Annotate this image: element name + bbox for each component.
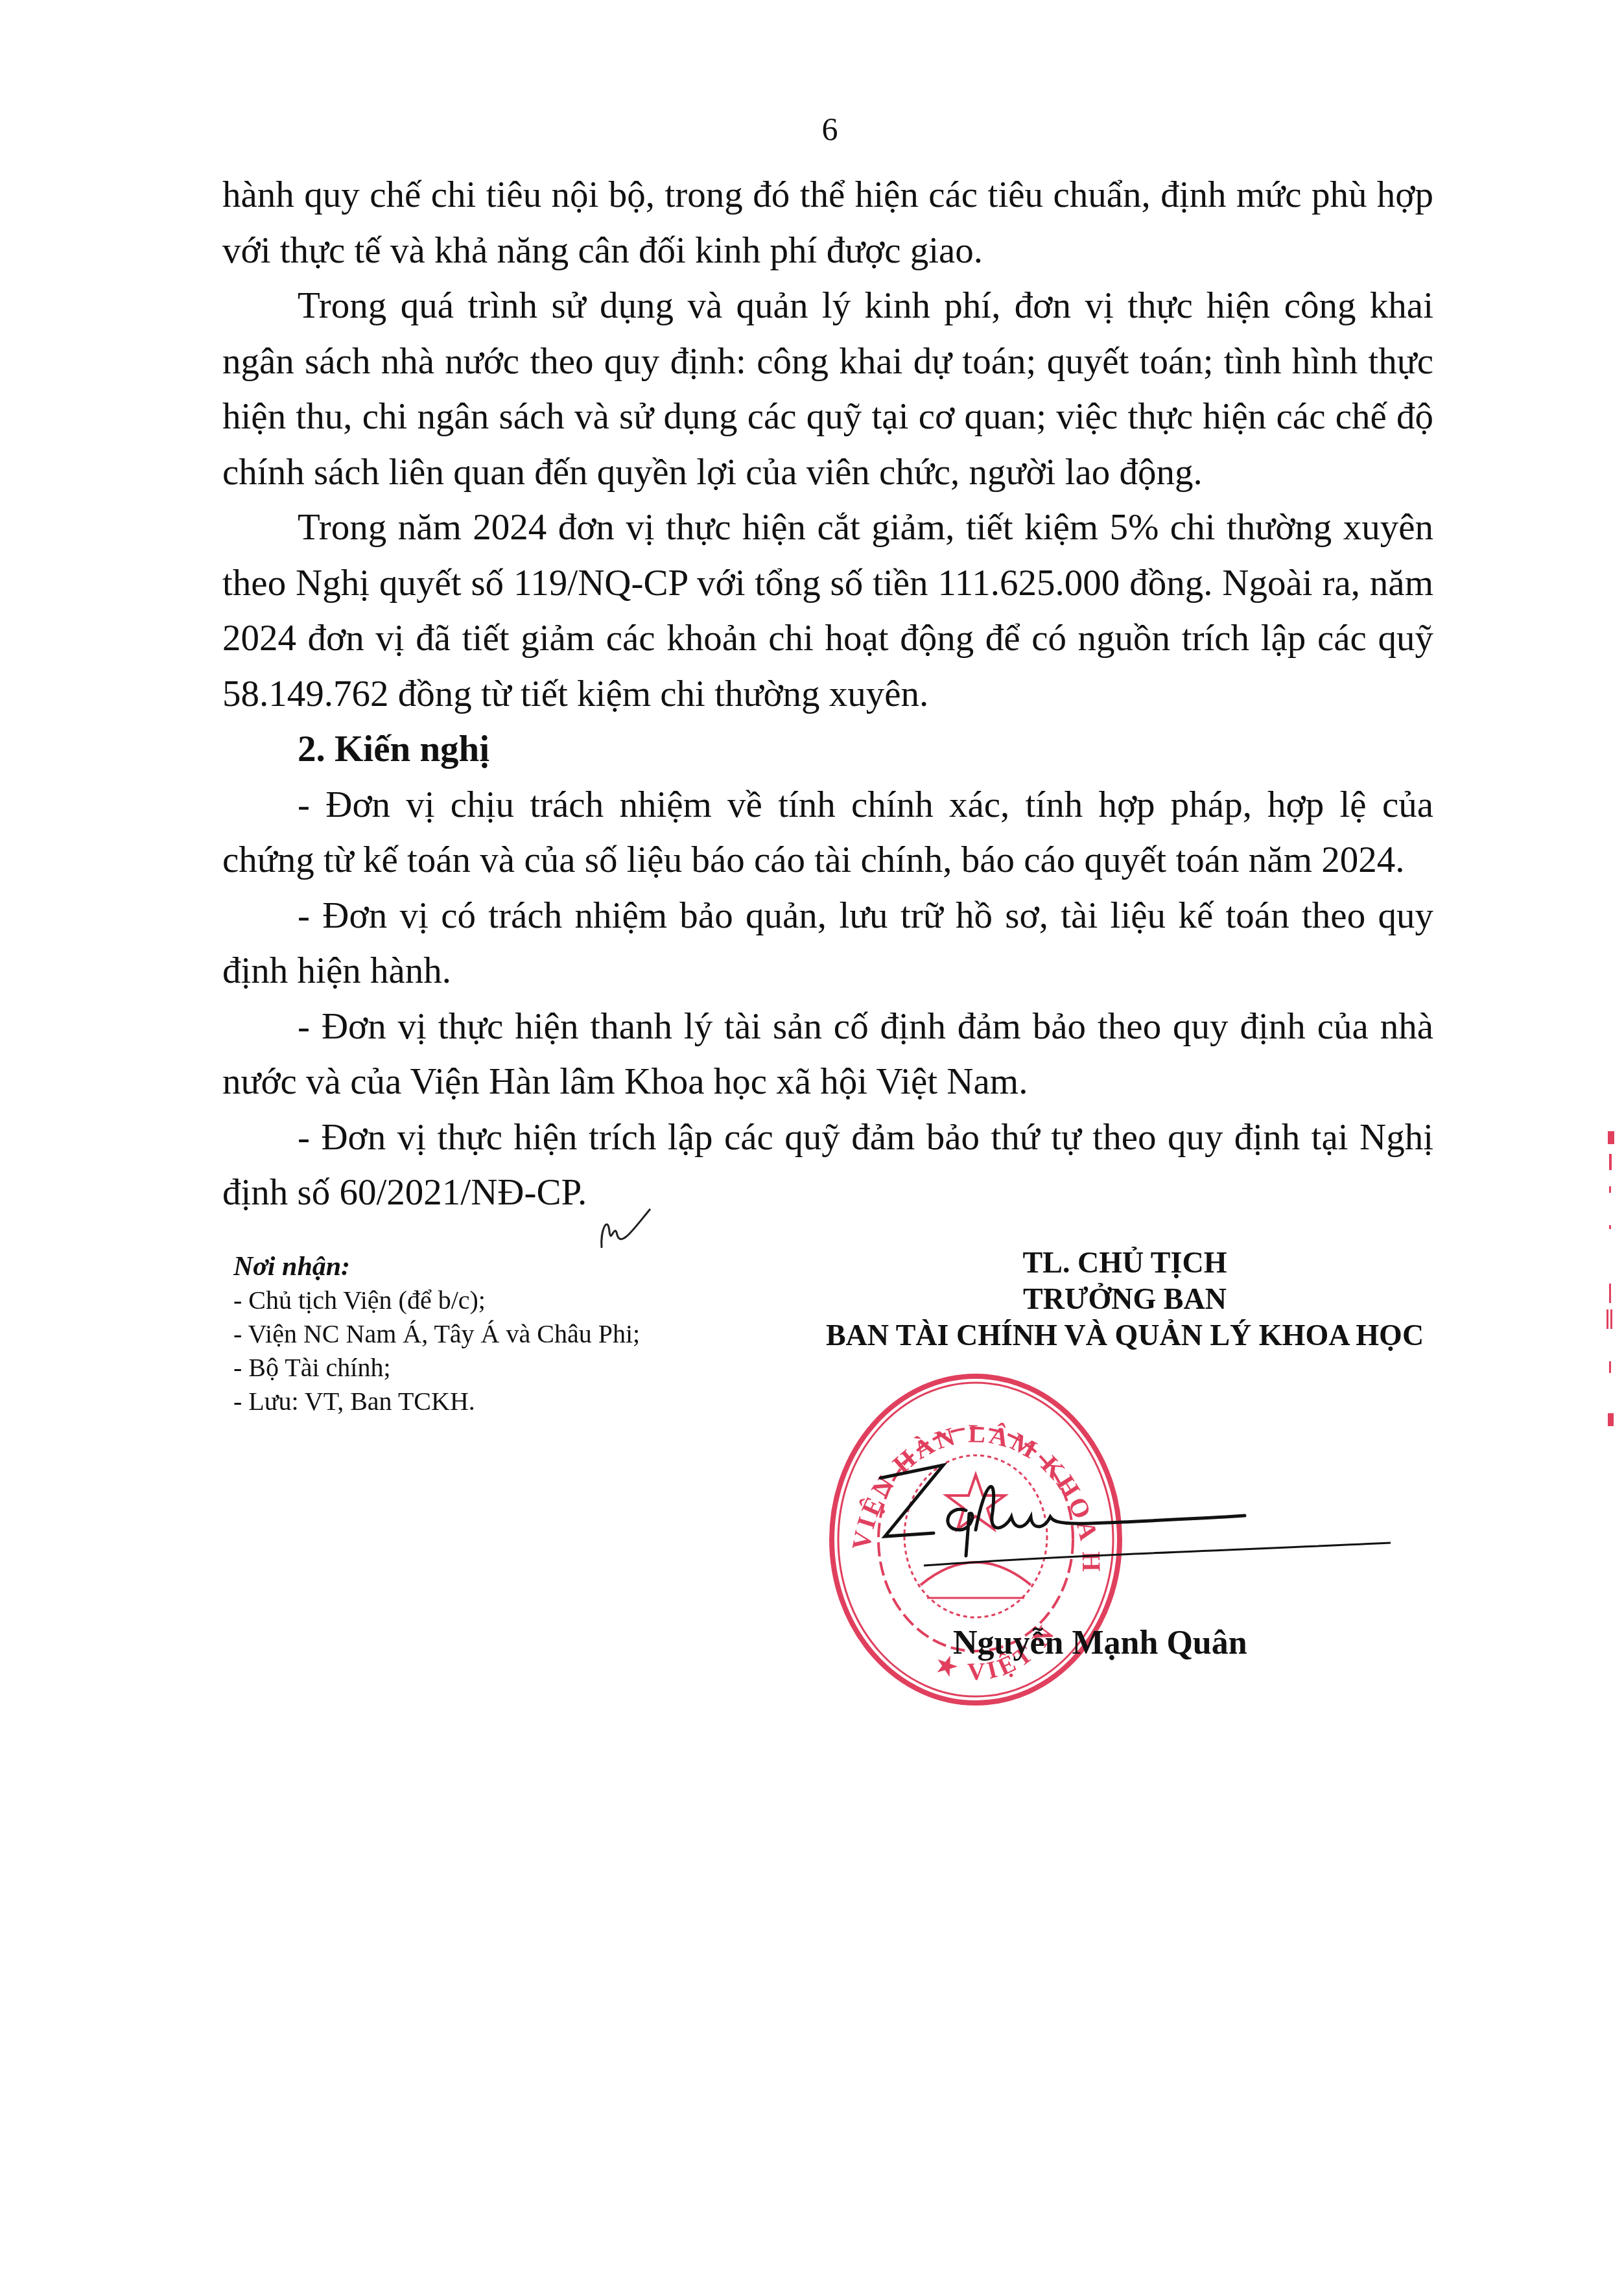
signer-authority: TL. CHỦ TỊCH [765,1245,1485,1281]
paragraph-budget-disclosure: Trong quá trình sử dụng và quản lý kinh … [222,278,1433,500]
recipient-item: - Bộ Tài chính; [233,1351,640,1385]
page-number: 6 [0,110,1624,148]
recommendation-item: - Đơn vị thực hiện thanh lý tài sản cố đ… [222,999,1433,1110]
signer-position: TRƯỞNG BAN [765,1281,1485,1317]
signer-name: Nguyễn Mạnh Quân [953,1624,1247,1662]
signer-department: BAN TÀI CHÍNH VÀ QUẢN LÝ KHOA HỌC [765,1317,1485,1354]
initials-mark-icon [595,1203,653,1254]
recipient-item: - Lưu: VT, Ban TCKH. [233,1385,640,1418]
section-heading-recommendations: 2. Kiến nghị [222,722,1433,777]
recipient-item: - Viện NC Nam Á, Tây Á và Châu Phi; [233,1317,640,1351]
recommendation-item: - Đơn vị có trách nhiệm bảo quản, lưu tr… [222,888,1433,999]
recipients-title: Nơi nhận: [233,1250,640,1284]
recipients-block: Nơi nhận: - Chủ tịch Viện (để b/c); - Vi… [233,1250,640,1418]
stamp-edge-marks-icon [1601,1128,1621,1452]
document-body: hành quy chế chi tiêu nội bộ, trong đó t… [222,167,1433,1221]
recipient-item: - Chủ tịch Viện (để b/c); [233,1284,640,1317]
paragraph-savings: Trong năm 2024 đơn vị thực hiện cắt giảm… [222,500,1433,722]
recommendation-item: - Đơn vị thực hiện trích lập các quỹ đảm… [222,1110,1433,1221]
signer-block: TL. CHỦ TỊCH TRƯỞNG BAN BAN TÀI CHÍNH VÀ… [765,1245,1485,1354]
handwritten-signature-icon [862,1439,1394,1569]
paragraph-continuation: hành quy chế chi tiêu nội bộ, trong đó t… [222,167,1433,278]
recommendation-item: - Đơn vị chịu trách nhiệm về tính chính … [222,777,1433,888]
